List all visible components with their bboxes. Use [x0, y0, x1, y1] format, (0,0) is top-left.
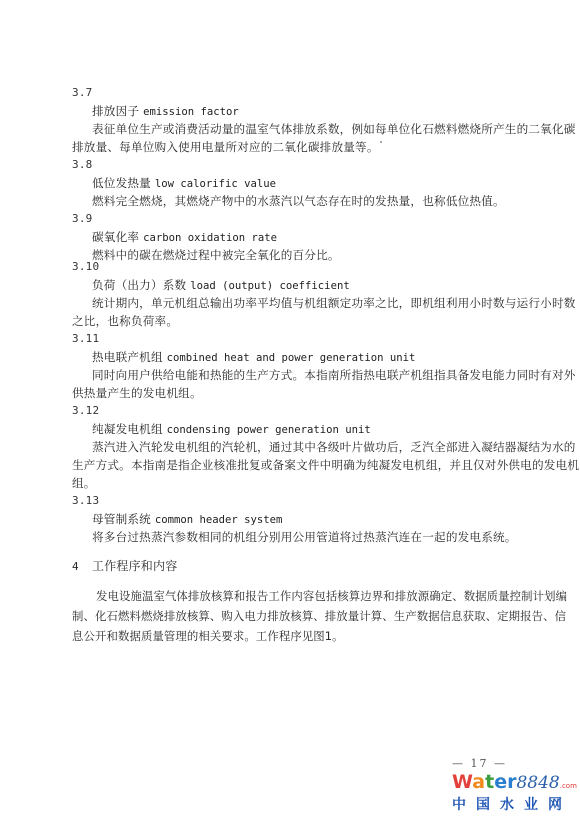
term-zh: 排放因子: [92, 104, 139, 118]
term-heading: 母管制系统 common header system: [92, 512, 282, 527]
paragraph-line: 制、化石燃料燃烧排放核算、购入电力排放核算、排放量计算、生产数据信息获取、定期报…: [72, 609, 566, 623]
term-en: low calorific value: [155, 178, 276, 190]
logo-wordmark: Water8848.com: [452, 772, 572, 796]
term-en: carbon oxidation rate: [143, 232, 277, 244]
section-number: 3.11: [72, 332, 99, 346]
term-zh: 低位发热量: [92, 176, 151, 190]
term-heading: 低位发热量 low calorific value: [92, 176, 276, 191]
definition-line: 同时向用户供给电能和热能的生产方式。本指南所指热电联产机组指具备发电能力同时有对…: [92, 368, 576, 382]
term-zh: 碳氧化率: [92, 230, 139, 244]
term-en: condensing power generation unit: [167, 424, 371, 436]
term-en: emission factor: [143, 106, 239, 118]
term-en: load (output) coefficient: [190, 280, 349, 292]
section-number: 3.13: [72, 494, 99, 508]
term-en: common header system: [155, 514, 283, 526]
page-number: — 17 —: [452, 757, 507, 770]
term-heading: 排放因子 emission factor: [92, 104, 239, 119]
section-number: 3.12: [72, 404, 99, 418]
document-page: 3.7 排放因子 emission factor 表征单位生产或消费活动量的温室…: [0, 0, 580, 820]
definition-line: 排放量、每单位购入使用电量所对应的二氧化碳排放量等。: [72, 140, 379, 154]
chapter-number: 4: [72, 560, 79, 574]
term-heading: 热电联产机组 combined heat and power generatio…: [92, 350, 415, 365]
definition-line: 表征单位生产或消费活动量的温室气体排放系数，例如每单位化石燃料燃烧所产生的二氧化…: [92, 122, 576, 136]
term-zh: 热电联产机组: [92, 350, 163, 364]
chapter-title: 工作程序和内容: [92, 559, 177, 573]
definition-line: 将多台过热蒸汽参数相同的机组分别用公用管道将过热蒸汽连在一起的发电系统。: [92, 530, 517, 544]
definition-line: 组。: [72, 476, 96, 490]
term-zh: 母管制系统: [92, 512, 151, 526]
definition-line: 供热量产生的发电机组。: [72, 386, 202, 400]
section-number: 3.8: [72, 158, 92, 172]
section-number: 3.10: [72, 260, 99, 274]
definition-line: 生产方式。本指南是指企业核准批复或备案文件中明确为纯凝发电机组，并且仅对外供电的…: [72, 458, 579, 472]
definition-line: 燃料完全燃烧，其燃烧产物中的水蒸汽以气态存在时的发热量，也称低位热值。: [92, 194, 505, 208]
scan-speck: [380, 141, 382, 143]
paragraph-line: 息公开和数据质量管理的相关要求。工作程序见图1。: [72, 629, 344, 643]
section-number: 3.9: [72, 212, 92, 226]
logo-chinese-name: 中国水业网: [452, 796, 572, 814]
term-zh: 纯凝发电机组: [92, 422, 163, 436]
term-heading: 纯凝发电机组 condensing power generation unit: [92, 422, 371, 437]
water8848-logo: Water8848.com 中国水业网: [452, 772, 572, 816]
definition-line: 燃料中的碳在燃烧过程中被完全氧化的百分比。: [92, 248, 340, 262]
section-number: 3.7: [72, 86, 92, 100]
paragraph-line: 发电设施温室气体排放核算和报告工作内容包括核算边界和排放源确定、数据质量控制计划…: [96, 589, 567, 603]
term-zh: 负荷（出力）系数: [92, 278, 186, 292]
definition-line: 之比，也称负荷率。: [72, 314, 178, 328]
term-heading: 负荷（出力）系数 load (output) coefficient: [92, 278, 350, 293]
definition-line: 统计期内，单元机组总输出功率平均值与机组额定功率之比，即机组利用小时数与运行小时…: [92, 296, 576, 310]
term-en: combined heat and power generation unit: [167, 352, 416, 364]
term-heading: 碳氧化率 carbon oxidation rate: [92, 230, 277, 245]
definition-line: 蒸汽进入汽轮发电机组的汽轮机，通过其中各级叶片做功后，乏汽全部进入凝结器凝结为水…: [92, 440, 576, 454]
